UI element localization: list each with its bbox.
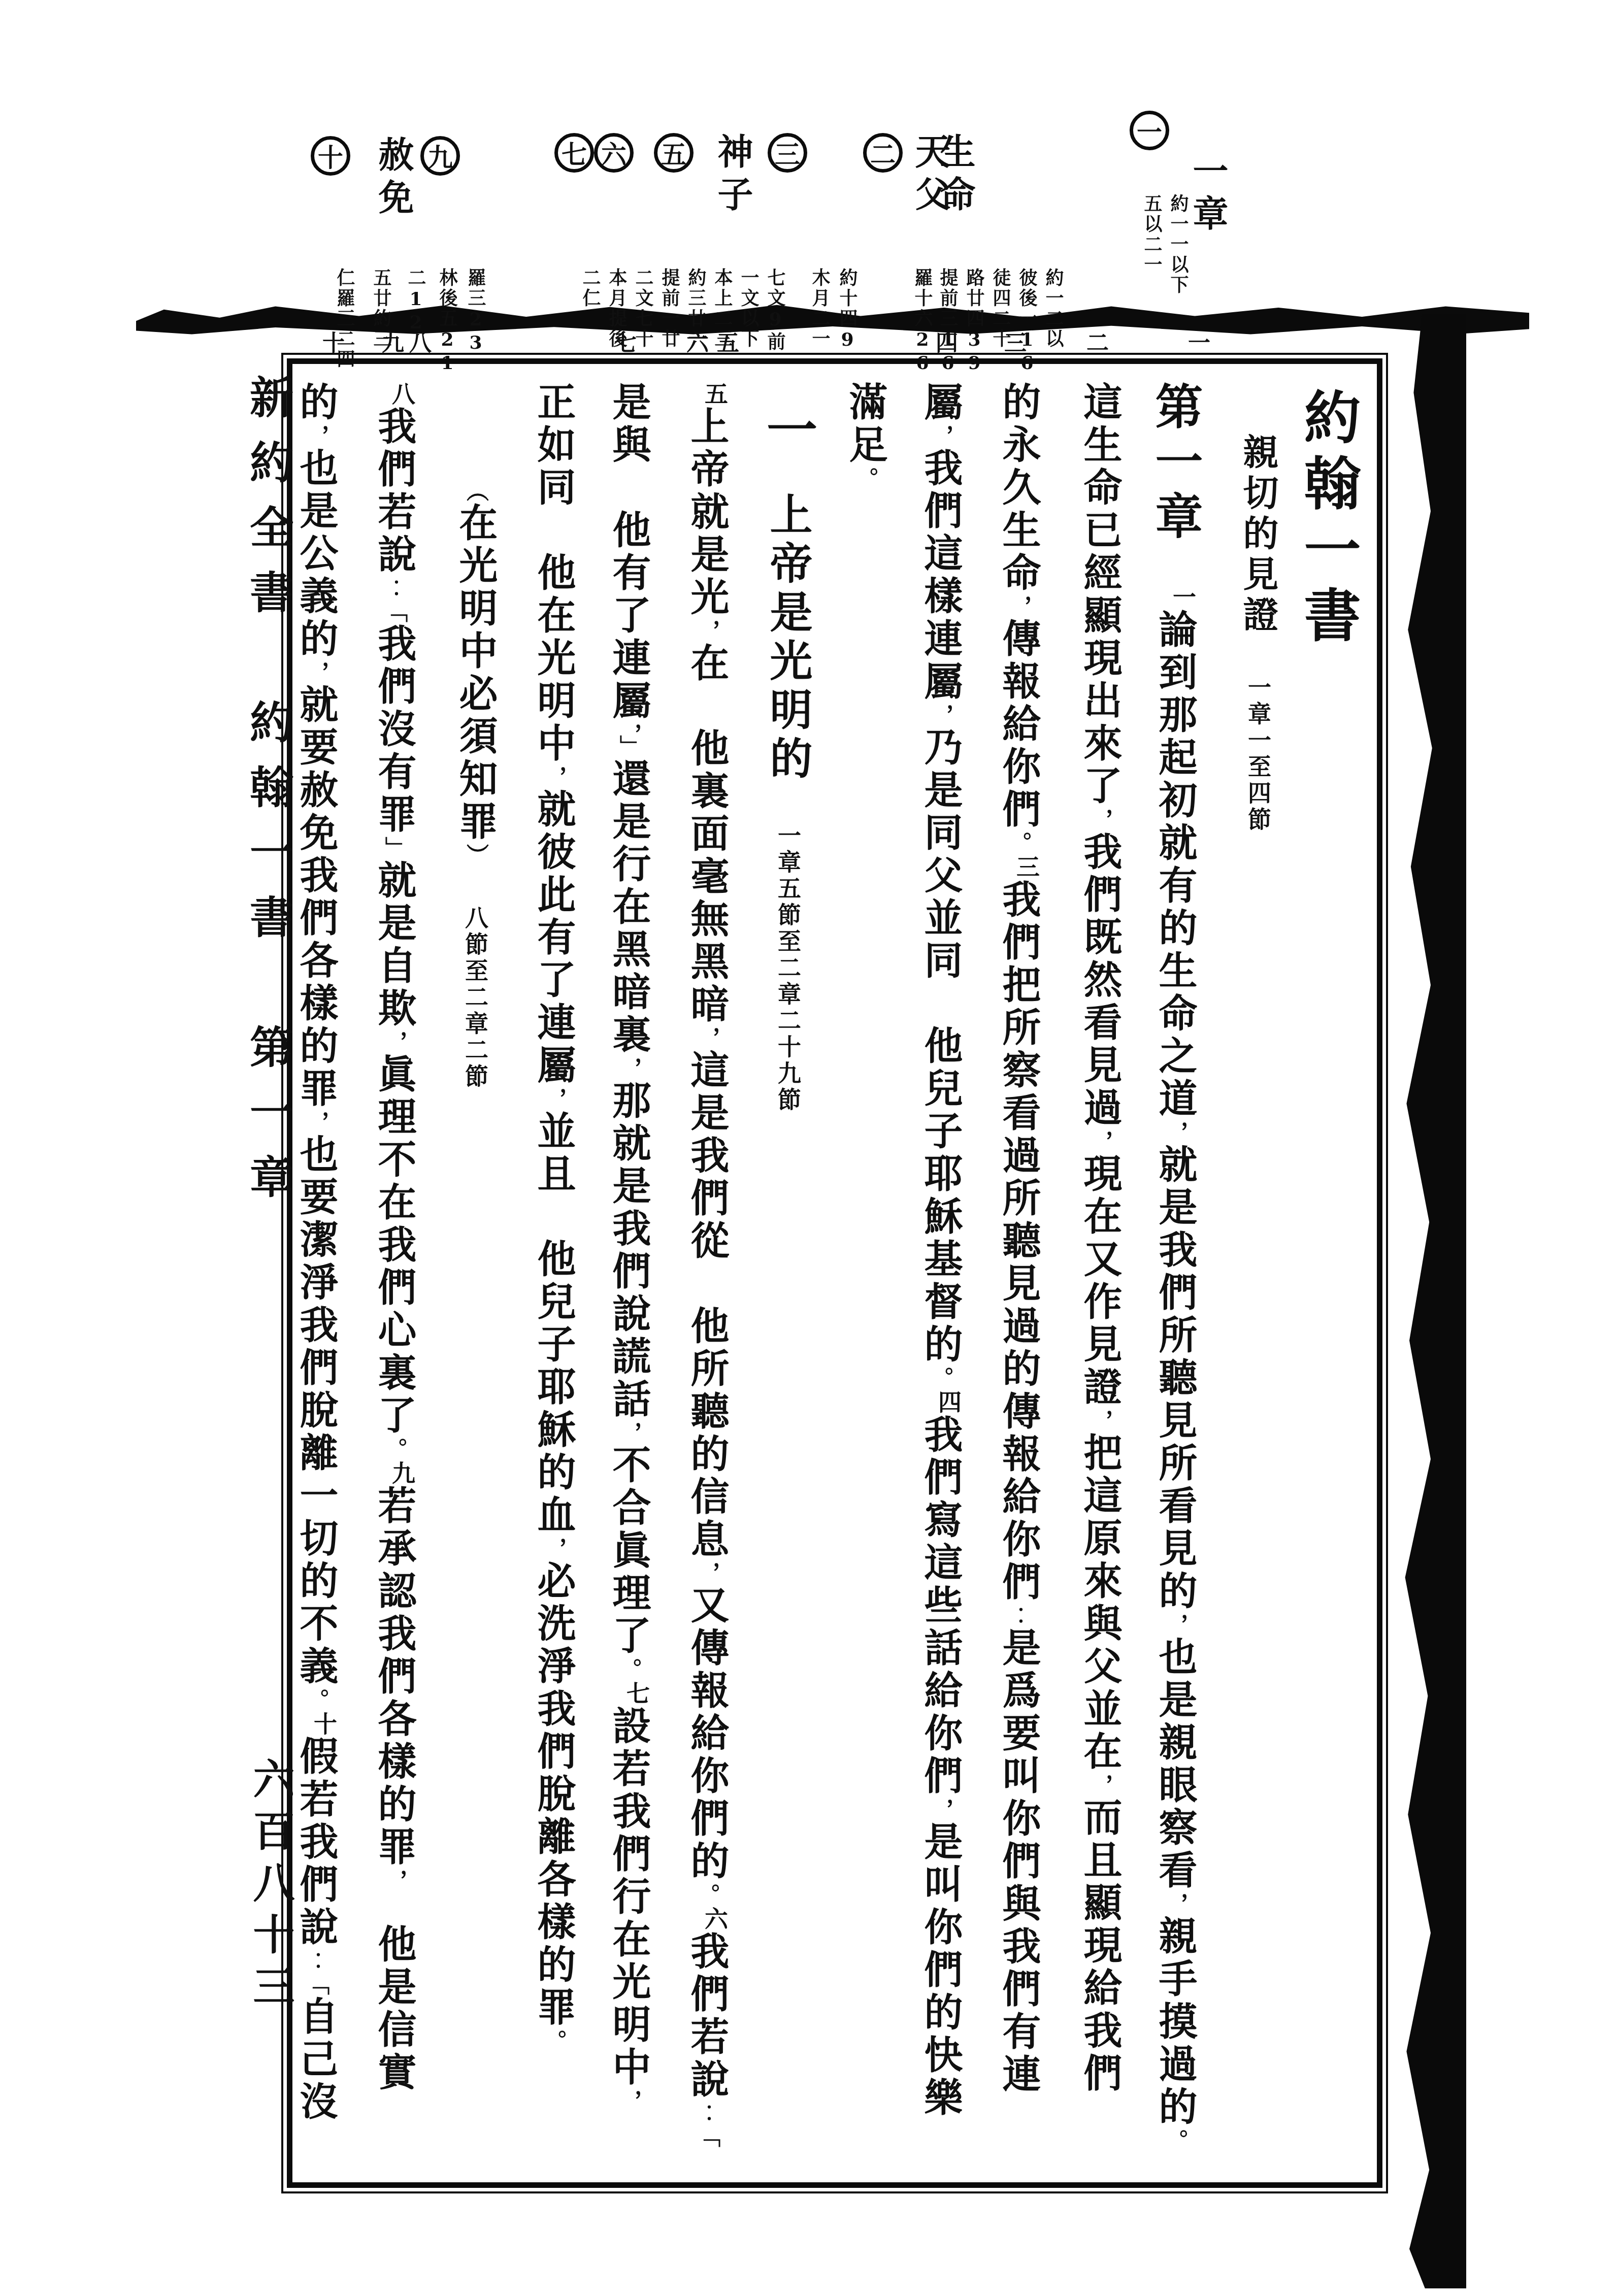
text-segment xyxy=(1152,546,1198,585)
text-segment: 是與 他有了連屬，﹂還是行在黑暗裏，那就是我們說謊話，不合眞理了。 xyxy=(606,382,651,1681)
chain-ref-circle-number: 三 xyxy=(768,133,807,173)
text-segment: 一 xyxy=(758,403,818,454)
margin-title: 新約全書 約翰一書 第一章 xyxy=(229,375,306,1219)
text-segment: 第一章 xyxy=(1147,382,1203,546)
text-column-8: 正如同 他在光明中，就彼此有了連屬，並且 他兒子耶穌的血，必洗淨我們脫離各樣的罪… xyxy=(515,382,591,2053)
punctuation: ， xyxy=(1087,1130,1113,1153)
verse-start-marker: 三 xyxy=(1004,325,1027,357)
punctuation: 。 xyxy=(694,1883,720,1907)
punctuation: 。 xyxy=(303,1688,329,1712)
text-segment: 若承認我們各樣的罪， 他是信實 xyxy=(372,1485,417,2094)
punctuation: ， xyxy=(694,1561,720,1585)
punctuation: ， xyxy=(381,1869,407,1881)
text-segment xyxy=(766,454,811,492)
text-segment: 正如同 他在光明中，就彼此有了連屬，並且 他兒子耶穌的血，必洗淨我們脫離各樣的罪… xyxy=(531,382,576,2053)
punctuation: ， xyxy=(1087,1409,1113,1433)
punctuation: ， xyxy=(616,1057,642,1080)
punctuation: ﹂ xyxy=(381,837,407,860)
text-segment: 一章一至四節 xyxy=(1244,675,1272,834)
text-segment: 屬，我們這樣連屬，乃是同父並同 他兒子耶穌基督的。 xyxy=(918,382,963,1390)
text-segment: 一章五節至二章二十九節 xyxy=(774,823,802,1114)
text-column-5: 滿足。 xyxy=(827,382,903,490)
text-segment xyxy=(453,867,498,906)
punctuation: ， xyxy=(616,1421,642,1445)
text-segment: 上帝是光明的 xyxy=(763,492,813,785)
punctuation: ， xyxy=(928,1798,953,1821)
chain-ref-citation: 二仁 xyxy=(552,268,629,309)
verse-start-marker: 一 xyxy=(1188,325,1210,357)
punctuation: ， xyxy=(1162,1613,1188,1637)
text-segment: 我們若說︰﹁我們沒有罪﹂就是自欺，眞理不在我們心裏了。 xyxy=(372,406,417,1461)
book-title: 約翰一書 xyxy=(1290,388,1366,652)
verse-number: 三 xyxy=(988,855,1065,879)
punctuation: ， xyxy=(1006,595,1032,618)
chapter-column-1: 第一章 一論到那起初就有的生命之道，就是我們所聽見所看見的，也是親眼察看，親手摸… xyxy=(1140,382,1216,2152)
chain-ref-circle-number: 十 xyxy=(311,136,350,176)
text-segment: 親切的見證 xyxy=(1237,434,1279,637)
text-segment: 設若我們行在光明中， xyxy=(606,1706,651,2113)
verse-number: 六 xyxy=(677,1907,753,1931)
punctuation: ﹁ xyxy=(381,600,407,623)
chain-ref-circle-number: 五 xyxy=(654,133,694,173)
punctuation: ， xyxy=(928,704,953,727)
text-segment: 這生命已經顯現出來了，我們既然看見過，現在又作見證，把這原來與父並在，而且顯現給… xyxy=(1077,382,1123,2095)
text-segment: 我們若說︰﹁ xyxy=(684,1931,730,2148)
verse-number: 十 xyxy=(286,1712,362,1736)
punctuation: ， xyxy=(616,2089,642,2113)
punctuation: ， xyxy=(1087,1774,1113,1797)
verse-start-marker: 八 xyxy=(409,325,432,357)
punctuation: ， xyxy=(1162,1892,1188,1916)
text-column-9: 八我們若說︰﹁我們沒有罪﹂就是自欺，眞理不在我們心裏了。九若承認我們各樣的罪， … xyxy=(359,382,435,2094)
text-column-2: 這生命已經顯現出來了，我們既然看見過，現在又作見證，把這原來與父並在，而且顯現給… xyxy=(1062,382,1138,2095)
punctuation: ， xyxy=(541,1087,567,1111)
text-segment: 論到那起初就有的生命之道，就是我們所聽見所看見的，也是親眼察看，親手摸過的。 xyxy=(1152,609,1198,2152)
punctuation: ， xyxy=(541,1537,567,1560)
text-column-4: 屬，我們這樣連屬，乃是同父並同 他兒子耶穌基督的。四我們寫這些話給你們，是叫你們… xyxy=(905,382,981,2120)
punctuation: ， xyxy=(694,1026,720,1050)
punctuation: 。 xyxy=(1162,2129,1188,2152)
text-column-3: 的永久生命，傳報給你們。三我們把所察看過所聽見過的傳報給你們︰是爲要叫你們與我們… xyxy=(983,382,1060,2097)
punctuation: ︰ xyxy=(1006,1604,1032,1627)
chain-ref-keyword: 神子 xyxy=(695,133,771,218)
text-segment xyxy=(766,785,811,823)
punctuation: ， xyxy=(303,424,329,448)
punctuation: 。 xyxy=(1006,831,1032,855)
chain-ref-circle-number: 七 xyxy=(554,133,594,173)
verse-number: 七 xyxy=(599,1681,675,1706)
punctuation: ， xyxy=(694,619,720,643)
page-number: 六百八十三 xyxy=(233,1757,309,2016)
verse-start-marker: 十 xyxy=(322,325,345,357)
punctuation: ， xyxy=(303,661,329,684)
punctuation: ﹁ xyxy=(694,2125,720,2148)
punctuation: ︶ xyxy=(463,844,488,867)
text-segment: 我們寫這些話給你們，是叫你們的快樂 xyxy=(918,1414,963,2120)
verse-number: 四 xyxy=(910,1390,986,1414)
verse-number: 五 xyxy=(677,382,753,406)
sub-heading: ︵在光明中必須知罪︶ 八節至二章二節 xyxy=(437,479,513,1090)
text-column-6: 五上帝就是光，在 他裏面毫無黑暗，這是我們從 他所聽的信息，又傳報給你們的。六我… xyxy=(672,382,748,2148)
punctuation: ， xyxy=(616,723,642,735)
chain-ref-circle-number: 六 xyxy=(594,133,634,173)
punctuation: ︰ xyxy=(694,2102,720,2125)
book-gutter-shadow xyxy=(1395,314,1466,2288)
punctuation: 。 xyxy=(852,467,878,490)
verse-number: 九 xyxy=(364,1461,440,1485)
punctuation: ︵ xyxy=(463,479,488,503)
verse-start-marker: 四 xyxy=(936,325,958,357)
chain-ref-keyword: 天父 xyxy=(892,133,968,218)
punctuation: ， xyxy=(381,1030,407,1054)
chain-ref-citation: 仁羅三二四 xyxy=(307,268,383,370)
text-segment: 上帝就是光，在 他裏面毫無黑暗，這是我們從 他所聽的信息，又傳報給你們的。 xyxy=(684,406,730,1907)
section-caption: 親切的見證 一章一至四節 xyxy=(1220,434,1296,834)
punctuation: ︰ xyxy=(381,577,407,600)
text-column-7: 是與 他有了連屬，﹂還是行在黑暗裏，那就是我們說謊話，不合眞理了。七設若我們行在… xyxy=(593,382,670,2113)
chain-ref-keyword: 赦免 xyxy=(355,136,432,221)
chain-ref-circle-number: 一 xyxy=(1130,111,1169,150)
text-segment: 我們把所察看過所聽見過的傳報給你們︰是爲要叫你們與我們有連 xyxy=(996,879,1041,2097)
text-segment xyxy=(1236,637,1281,675)
punctuation: 。 xyxy=(381,1438,407,1461)
verse-start-marker: 五 xyxy=(717,325,739,357)
text-segment: 滿足。 xyxy=(843,382,888,490)
punctuation: ， xyxy=(541,766,567,789)
punctuation: ， xyxy=(928,424,953,448)
verse-start-marker: 二 xyxy=(1086,325,1109,357)
text-segment: 八節至二章二節 xyxy=(461,906,489,1090)
punctuation: 。 xyxy=(928,1367,953,1390)
punctuation: 。 xyxy=(541,2029,567,2053)
verse-number: 八 xyxy=(364,382,440,406)
verse-start-marker: 七 xyxy=(614,325,637,357)
verse-number: 一 xyxy=(1145,585,1221,609)
verse-start-marker: 六 xyxy=(686,325,709,357)
punctuation: 。 xyxy=(616,1658,642,1681)
section-heading: 一 上帝是光明的 一章五節至二章二十九節 xyxy=(750,403,826,1114)
text-segment: 約翰一書 xyxy=(1295,388,1361,652)
punctuation: ， xyxy=(1087,808,1113,831)
punctuation: ， xyxy=(1162,1121,1188,1144)
text-segment: ︵在光明中必須知罪︶ xyxy=(453,479,498,867)
scanned-book-page: 一一章約一一以下五以二一二生命天父約一二以彼後一16徒四二十路廿四39提前三16… xyxy=(0,0,1617,2296)
chain-ref-citation: 五以二一 xyxy=(1114,194,1190,275)
punctuation: ﹂ xyxy=(616,735,642,758)
verse-start-marker: 九 xyxy=(382,325,404,357)
punctuation: ， xyxy=(303,1111,329,1134)
text-segment: 的永久生命，傳報給你們。 xyxy=(996,382,1041,855)
